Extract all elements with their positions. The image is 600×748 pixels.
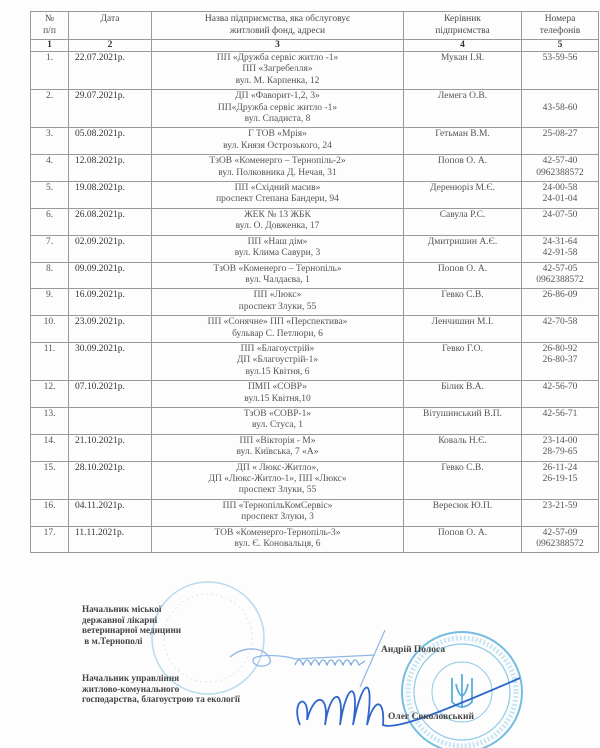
cell-organization: ТОВ «Коменерго-Тернопіль-3»вул. Є. Конов… <box>152 526 404 553</box>
signatory-position-housing: Начальник управління житлово-комунальног… <box>82 673 240 705</box>
signatory-name-polosa: Андрій Полоса <box>381 645 445 655</box>
cell-phones: 42-57-090962388572 <box>522 526 599 553</box>
cell-phones: 53-59-56 <box>522 52 599 90</box>
table-row: 1.22.07.2021р.ПП «Дружба сервіс житло -1… <box>31 52 599 90</box>
cell-date: 07.10.2021р. <box>69 381 152 408</box>
cell-date: 12.08.2021р. <box>69 155 152 182</box>
cell-organization: ЖЕК № 13 ЖБКвул. О. Довженка, 17 <box>152 208 404 235</box>
cell-head: Лемега О.В. <box>404 90 522 128</box>
table-body: 1.22.07.2021р.ПП «Дружба сервіс житло -1… <box>31 52 599 553</box>
cell-date: 26.08.2021р. <box>69 208 152 235</box>
cell-organization: ТзОВ «Коменерго – Тернопіль-2»вул. Полко… <box>152 155 404 182</box>
table-row: 11.30.09.2021р.ПП «Благоустрій»ДП «Благо… <box>31 342 599 380</box>
table-row: 12.07.10.2021р.ПМП «СОВР»вул.15 Квітня,1… <box>31 381 599 408</box>
cell-organization: ПП «Наш дім»вул. Клима Савури, 3 <box>152 235 404 262</box>
cell-head: Попов О. А. <box>404 526 522 553</box>
table-row: 6.26.08.2021р.ЖЕК № 13 ЖБКвул. О. Довжен… <box>31 208 599 235</box>
cell-head: Ленчишин М.І. <box>404 316 522 343</box>
cell-number: 17. <box>31 526 69 553</box>
cell-organization: ПП «Благоустрій»ДП «Благоустрій-1»вул.15… <box>152 342 404 380</box>
cell-date: 05.08.2021р. <box>69 128 152 155</box>
cell-organization: ПП «Люкс»проспект Злуки, 55 <box>152 289 404 316</box>
cell-phones: 24-00-5824-01-04 <box>522 182 599 209</box>
cell-date: 19.08.2021р. <box>69 182 152 209</box>
cell-head: Білик В.А. <box>404 381 522 408</box>
table-row: 2.29.07.2021р.ДП «Фаворит-1,2, 3»ПП«Друж… <box>31 90 599 128</box>
cell-number: 5. <box>31 182 69 209</box>
header-date: Дата <box>69 12 152 40</box>
cell-date: 16.09.2021р. <box>69 289 152 316</box>
cell-head: Вересюк Ю.П. <box>404 499 522 526</box>
cell-number: 11. <box>31 342 69 380</box>
header-head: Керівникпідприємства <box>404 12 522 40</box>
cell-phones: 24-07-50 <box>522 208 599 235</box>
cell-phones: 26-80-9226-80-37 <box>522 342 599 380</box>
header-organization: Назва підприємства, яка обслуговуєжитлов… <box>152 12 404 40</box>
column-number: 1 <box>31 40 69 52</box>
cell-organization: ПМП «СОВР»вул.15 Квітня,10 <box>152 381 404 408</box>
cell-phones: 43-58-60 <box>522 90 599 128</box>
cell-date: 23.09.2021р. <box>69 316 152 343</box>
cell-phones: 42-57-050962388572 <box>522 262 599 289</box>
cell-number: 8. <box>31 262 69 289</box>
cell-head: Гетьман В.М. <box>404 128 522 155</box>
cell-number: 3. <box>31 128 69 155</box>
cell-phones: 42-56-70 <box>522 381 599 408</box>
cell-number: 1. <box>31 52 69 90</box>
table-row: 4.12.08.2021р.ТзОВ «Коменерго – Тернопіл… <box>31 155 599 182</box>
table-row: 14.21.10.2021р.ПП «Вікторія - М»вул. Киї… <box>31 434 599 461</box>
cell-date: 29.07.2021р. <box>69 90 152 128</box>
document-page: №п/п Дата Назва підприємства, яка обслуг… <box>0 0 600 748</box>
cell-head: Гевко С.В. <box>404 289 522 316</box>
column-number: 3 <box>152 40 404 52</box>
cell-phones: 23-14-0028-79-65 <box>522 434 599 461</box>
cell-number: 10. <box>31 316 69 343</box>
cell-head: Попов О. А. <box>404 155 522 182</box>
cell-number: 14. <box>31 434 69 461</box>
cell-number: 13. <box>31 407 69 434</box>
cell-date: 11.11.2021р. <box>69 526 152 553</box>
cell-head: Попов О. А. <box>404 262 522 289</box>
cell-head: Мукан І.Я. <box>404 52 522 90</box>
table-row: 13. ТзОВ «СОВР-1»вул. Стуса, 1Вітушинськ… <box>31 407 599 434</box>
cell-head: Дмитришин А.Є. <box>404 235 522 262</box>
table-row: 16.04.11.2021р.ПП «ТернопільКомСервіс»пр… <box>31 499 599 526</box>
cell-head: Деренюріз М.Є. <box>404 182 522 209</box>
cell-date: 09.09.2021р. <box>69 262 152 289</box>
cell-organization: ТзОВ «СОВР-1»вул. Стуса, 1 <box>152 407 404 434</box>
cell-number: 15. <box>31 461 69 499</box>
table-row: 3.05.08.2021р.Г ТОВ «Мрія»вул. Князя Ост… <box>31 128 599 155</box>
cell-number: 6. <box>31 208 69 235</box>
cell-organization: ДП «Фаворит-1,2, 3»ПП«Дружба сервіс житл… <box>152 90 404 128</box>
cell-head: Савула Р.С. <box>404 208 522 235</box>
housing-organizations-table: №п/п Дата Назва підприємства, яка обслуг… <box>30 11 599 553</box>
cell-organization: ПП «ТернопільКомСервіс»проспект Злуки, 3 <box>152 499 404 526</box>
header-number: №п/п <box>31 12 69 40</box>
signatory-name-sokolovskyi: Олег Соколовський <box>388 712 474 722</box>
cell-organization: ПП «Східний масив»проспект Степана Банде… <box>152 182 404 209</box>
cell-date: 22.07.2021р. <box>69 52 152 90</box>
cell-number: 12. <box>31 381 69 408</box>
column-number: 4 <box>404 40 522 52</box>
cell-organization: ДП « Люкс-Житло»,ДП «Люкс-Житло-1», ПП «… <box>152 461 404 499</box>
cell-phones: 26-11-2426-19-15 <box>522 461 599 499</box>
cell-date: 02.09.2021р. <box>69 235 152 262</box>
cell-head: Гевко С.В. <box>404 461 522 499</box>
cell-phones: 23-21-59 <box>522 499 599 526</box>
cell-date: 04.11.2021р. <box>69 499 152 526</box>
table-row: 5.19.08.2021р.ПП «Східний масив»проспект… <box>31 182 599 209</box>
cell-date: 28.10.2021р. <box>69 461 152 499</box>
header-phones: Номерателефонів <box>522 12 599 40</box>
cell-phones: 24-31-6442-91-58 <box>522 235 599 262</box>
cell-date: 30.09.2021р. <box>69 342 152 380</box>
table-row: 17.11.11.2021р.ТОВ «Коменерго-Тернопіль-… <box>31 526 599 553</box>
cell-organization: Г ТОВ «Мрія»вул. Князя Острозького, 24 <box>152 128 404 155</box>
cell-number: 9. <box>31 289 69 316</box>
cell-phones: 42-56-71 <box>522 407 599 434</box>
table-row: 15.28.10.2021р.ДП « Люкс-Житло»,ДП «Люкс… <box>31 461 599 499</box>
cell-number: 16. <box>31 499 69 526</box>
cell-number: 4. <box>31 155 69 182</box>
cell-number: 7. <box>31 235 69 262</box>
cell-date: 21.10.2021р. <box>69 434 152 461</box>
cell-phones: 25-08-27 <box>522 128 599 155</box>
cell-head: Коваль Н.Є. <box>404 434 522 461</box>
cell-head: Вітушинський В.П. <box>404 407 522 434</box>
cell-phones: 42-57-400962388572 <box>522 155 599 182</box>
cell-number: 2. <box>31 90 69 128</box>
column-number: 5 <box>522 40 599 52</box>
cell-date <box>69 407 152 434</box>
cell-head: Гевко Г.О. <box>404 342 522 380</box>
cell-organization: ПП «Сонячне» ПП «Перспектива»бульвар С. … <box>152 316 404 343</box>
cell-organization: ПП «Дружба сервіс житло -1»ПП «Загребелл… <box>152 52 404 90</box>
table-row: 9.16.09.2021р.ПП «Люкс»проспект Злуки, 5… <box>31 289 599 316</box>
cell-phones: 42-70-58 <box>522 316 599 343</box>
signature-sokolovskyi <box>285 670 525 740</box>
table-header-row: №п/п Дата Назва підприємства, яка обслуг… <box>31 12 599 40</box>
cell-organization: ТзОВ «Коменерго – Тернопіль»вул. Чалдаєв… <box>152 262 404 289</box>
column-number-row: 1 2 3 4 5 <box>31 40 599 52</box>
table-row: 8.09.09.2021р.ТзОВ «Коменерго – Тернопіл… <box>31 262 599 289</box>
signatory-position-veterinary: Начальник міської державної лікарні вете… <box>82 604 181 646</box>
cell-phones: 26-86-09 <box>522 289 599 316</box>
table-row: 7.02.09.2021р.ПП «Наш дім»вул. Клима Сав… <box>31 235 599 262</box>
cell-organization: ПП «Вікторія - М»вул. Київська, 7 «А» <box>152 434 404 461</box>
column-number: 2 <box>69 40 152 52</box>
table-row: 10.23.09.2021р.ПП «Сонячне» ПП «Перспект… <box>31 316 599 343</box>
